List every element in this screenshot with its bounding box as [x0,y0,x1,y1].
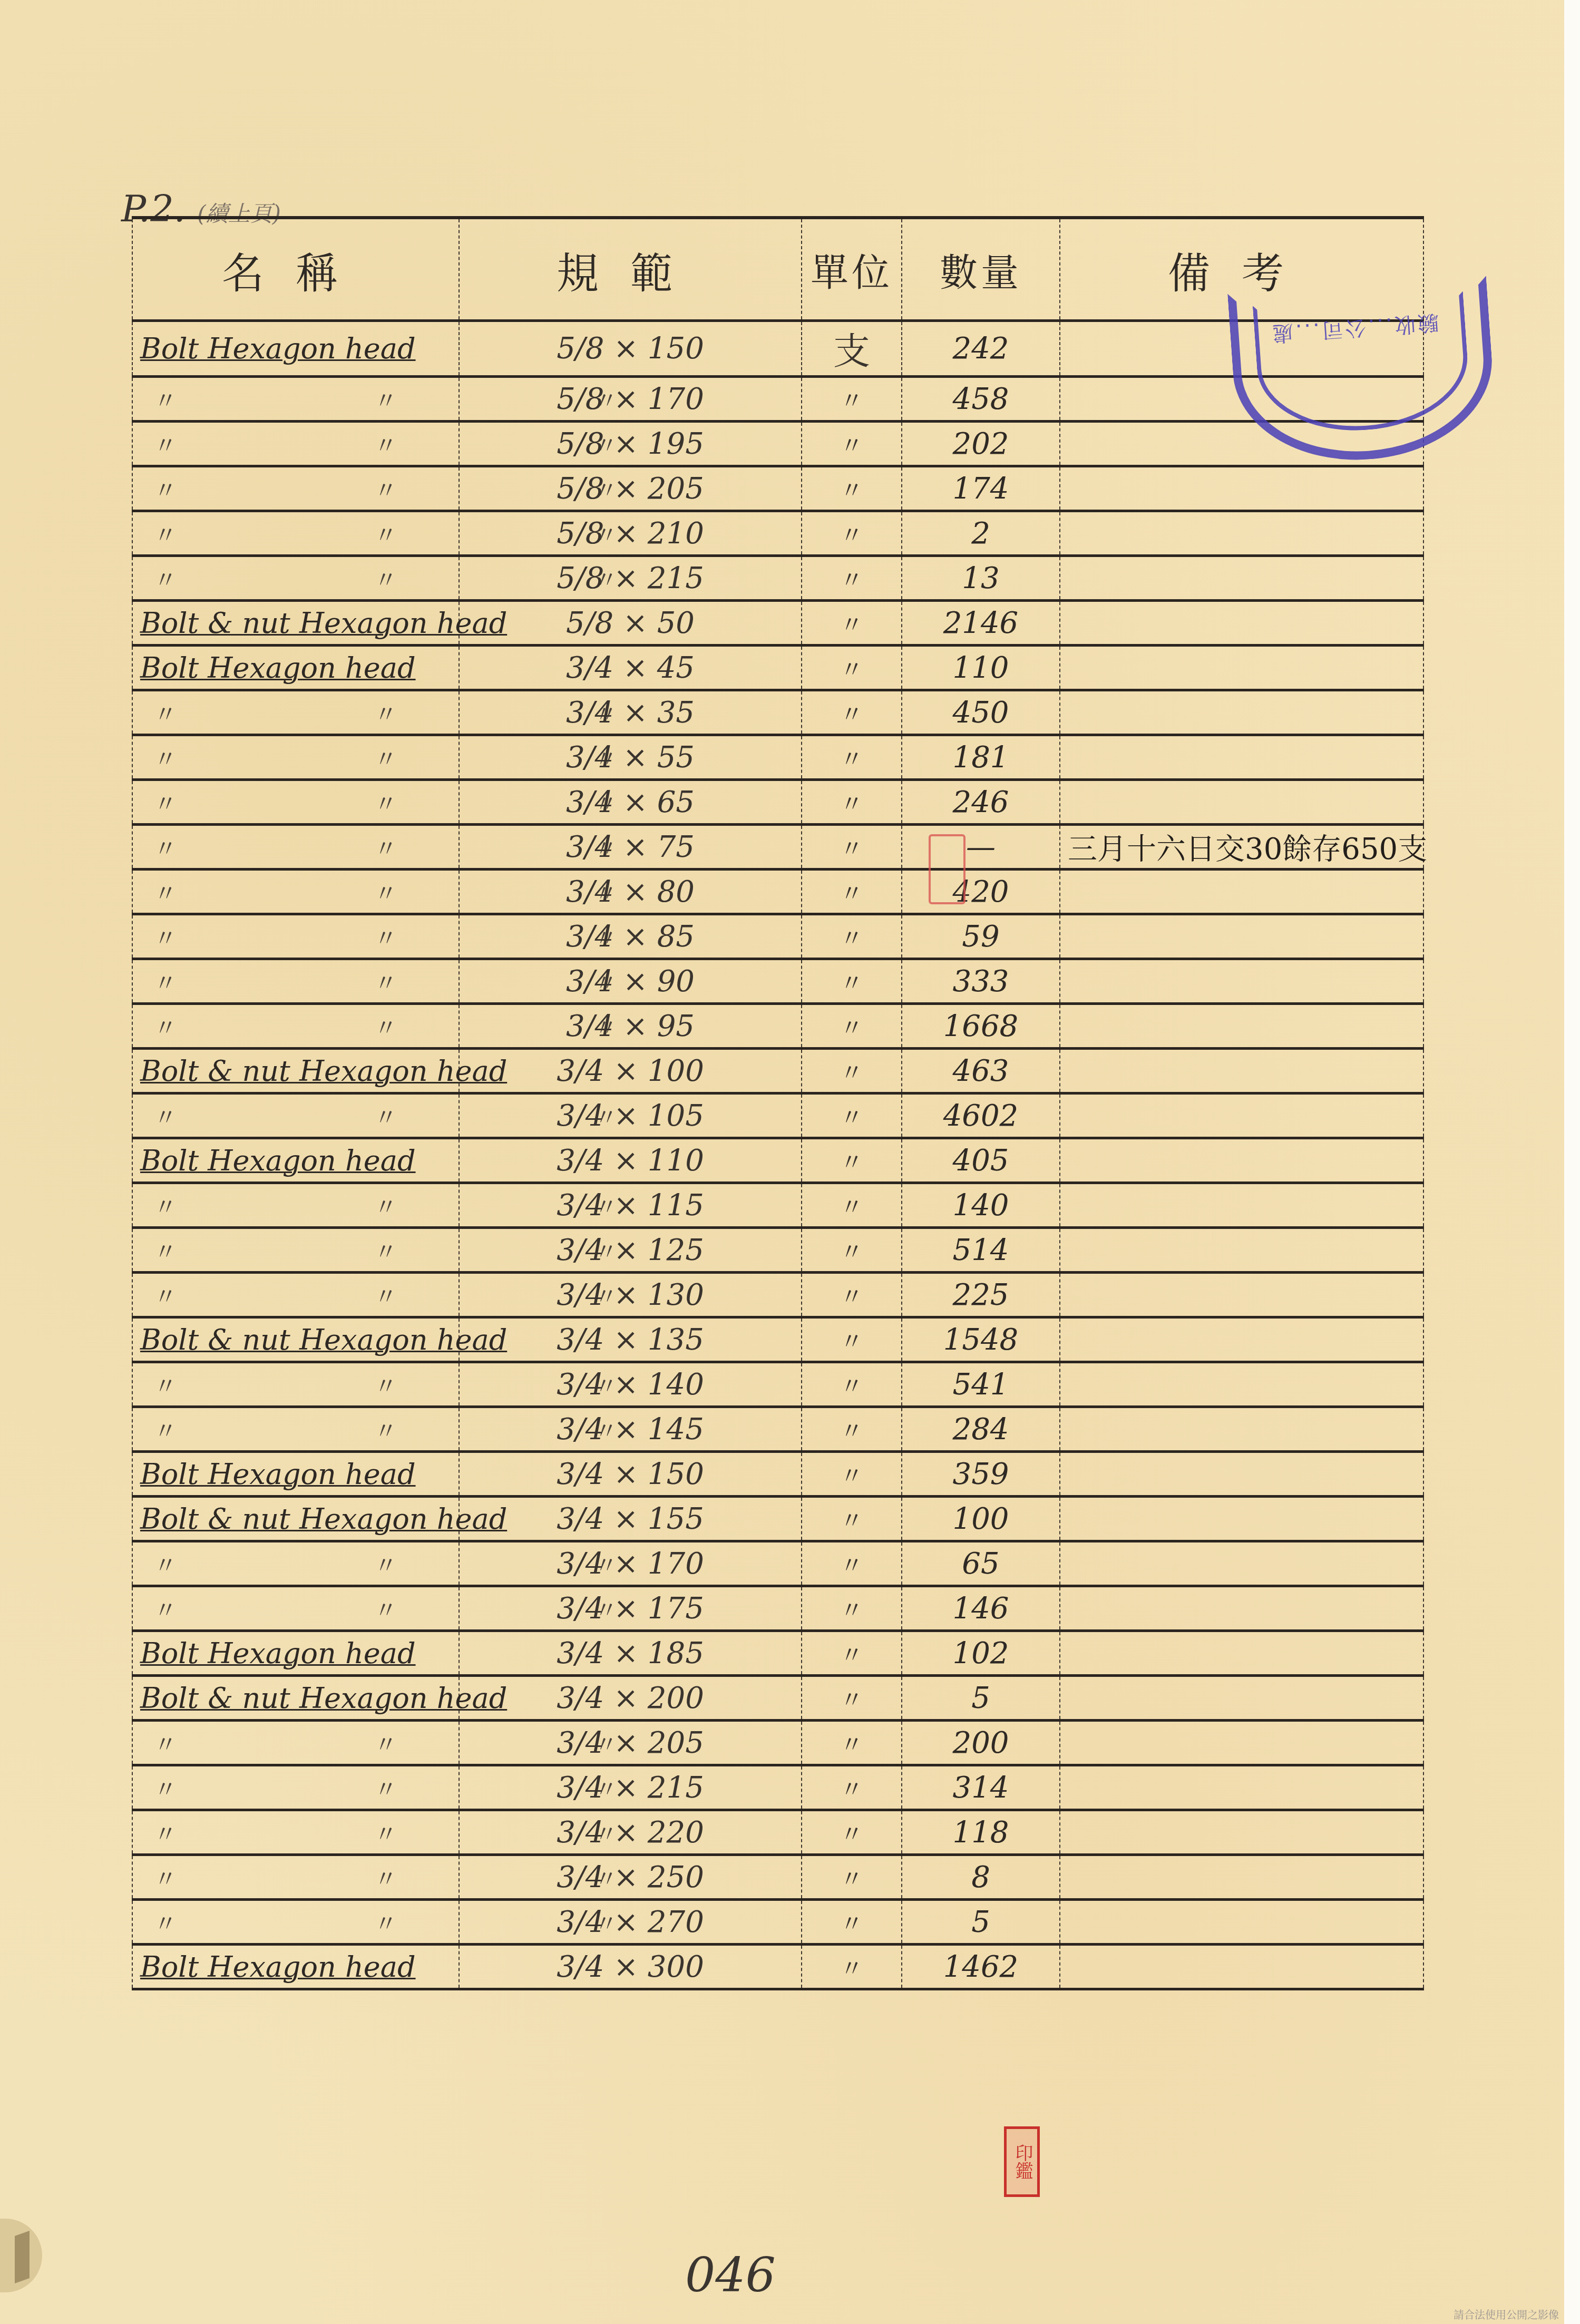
item-remarks [1060,735,1423,780]
item-unit: 〃 [802,825,902,870]
item-unit: 〃 [802,1317,902,1362]
item-quantity: 4602 [902,1093,1060,1138]
table-row: 〃 〃 〃3/4 × 215〃314 [132,1765,1423,1810]
item-remarks [1060,959,1423,1004]
item-quantity: 1668 [902,1004,1060,1049]
item-name: Bolt & nut Hexagon head [132,1497,459,1541]
table-row: 〃 〃 〃5/8 × 205〃174 [132,466,1423,511]
item-remarks [1060,466,1423,511]
item-remarks [1060,1004,1423,1049]
item-spec: 3/4 × 185 [459,1631,802,1676]
item-name: 〃 〃 〃 [132,466,459,511]
inventory-table: 名稱 規範 單位 數量 備考 Bolt Hexagon head5/8 × 15… [132,216,1424,1990]
table-row: Bolt & nut Hexagon head5/8 × 50〃2146 [132,601,1423,646]
item-remarks [1060,780,1423,825]
header-qty: 數量 [902,218,1060,321]
item-name: 〃 〃 〃 [132,1765,459,1810]
item-remarks [1060,1676,1423,1721]
scan-margin [1564,0,1580,2324]
item-remarks: 三月十六日交30餘存650支 [1060,825,1423,870]
table-row: 〃 〃 〃3/4 × 55〃181 [132,735,1423,780]
item-remarks [1060,1631,1423,1676]
table-row: Bolt Hexagon head3/4 × 110〃405 [132,1138,1423,1183]
item-remarks [1060,1183,1423,1228]
item-unit: 〃 [802,1631,902,1676]
item-quantity: 225 [902,1273,1060,1317]
item-name: 〃 〃 〃 [132,825,459,870]
table-row: 〃 〃 〃3/4 × 85〃59 [132,914,1423,959]
table-row: Bolt & nut Hexagon head3/4 × 100〃463 [132,1049,1423,1093]
table-row: 〃 〃 〃3/4 × 205〃200 [132,1721,1423,1765]
table-row: Bolt Hexagon head3/4 × 185〃102 [132,1631,1423,1676]
table-row: 〃 〃 〃5/8 × 170〃458 [132,377,1423,422]
table-row: 〃 〃 〃3/4 × 75〃—三月十六日交30餘存650支 [132,825,1423,870]
item-quantity: 463 [902,1049,1060,1093]
item-name: 〃 〃 〃 [132,1407,459,1452]
table-row: 〃 〃 〃3/4 × 95〃1668 [132,1004,1423,1049]
item-unit: 〃 [802,1765,902,1810]
item-remarks [1060,870,1423,914]
item-unit: 〃 [802,1855,902,1900]
item-name: 〃 〃 〃 [132,556,459,601]
item-quantity: 146 [902,1586,1060,1631]
table-row: 〃 〃 〃3/4 × 250〃8 [132,1855,1423,1900]
table-row: 〃 〃 〃3/4 × 175〃146 [132,1586,1423,1631]
page-number: 046 [685,2248,776,2303]
item-quantity: 202 [902,422,1060,466]
item-quantity: 174 [902,466,1060,511]
item-quantity: 59 [902,914,1060,959]
item-spec: 3/4 × 200 [459,1676,802,1721]
item-spec: 5/8 × 50 [459,601,802,646]
item-unit: 〃 [802,1586,902,1631]
item-remarks [1060,1452,1423,1497]
table-row: Bolt Hexagon head3/4 × 150〃359 [132,1452,1423,1497]
item-name: Bolt & nut Hexagon head [132,1676,459,1721]
item-unit: 〃 [802,870,902,914]
header-spec: 規範 [459,218,802,321]
item-name: 〃 〃 〃 [132,690,459,735]
item-quantity: 246 [902,780,1060,825]
item-remarks [1060,1049,1423,1093]
item-quantity: — [902,825,1060,870]
item-spec: 3/4 × 135 [459,1317,802,1362]
item-spec: 3/4 × 150 [459,1452,802,1497]
red-seal-stamp: 印鑑 [1004,2126,1040,2197]
item-name: 〃 〃 〃 [132,1183,459,1228]
item-name: Bolt Hexagon head [132,321,459,377]
item-remarks [1060,1497,1423,1541]
item-unit: 〃 [802,1810,902,1855]
header-name: 名稱 [132,218,459,321]
item-name: 〃 〃 〃 [132,422,459,466]
item-unit: 〃 [802,735,902,780]
item-unit: 〃 [802,1228,902,1273]
item-quantity: 200 [902,1721,1060,1765]
item-unit: 〃 [802,1362,902,1407]
item-name: Bolt & nut Hexagon head [132,1317,459,1362]
item-quantity: 541 [902,1362,1060,1407]
item-quantity: 181 [902,735,1060,780]
item-remarks [1060,646,1423,690]
item-unit: 〃 [802,511,902,556]
item-unit: 〃 [802,914,902,959]
item-name: 〃 〃 〃 [132,511,459,556]
item-remarks [1060,690,1423,735]
item-name: 〃 〃 〃 [132,1900,459,1945]
item-name: Bolt Hexagon head [132,1138,459,1183]
item-name: 〃 〃 〃 [132,1541,459,1586]
item-quantity: 5 [902,1676,1060,1721]
item-unit: 〃 [802,1273,902,1317]
item-remarks [1060,601,1423,646]
item-quantity: 284 [902,1407,1060,1452]
table-row: 〃 〃 〃3/4 × 220〃118 [132,1810,1423,1855]
table-row: 〃 〃 〃5/8 × 195〃202 [132,422,1423,466]
item-quantity: 65 [902,1541,1060,1586]
item-name: Bolt & nut Hexagon head [132,1049,459,1093]
red-seal-text: 印鑑 [1012,2144,1033,2180]
item-quantity: 359 [902,1452,1060,1497]
item-unit: 〃 [802,1945,902,1989]
table-row: 〃 〃 〃3/4 × 125〃514 [132,1228,1423,1273]
item-unit: 〃 [802,780,902,825]
item-spec: 3/4 × 100 [459,1049,802,1093]
item-unit: 〃 [802,1004,902,1049]
item-remarks [1060,1273,1423,1317]
item-name: 〃 〃 〃 [132,914,459,959]
item-unit: 〃 [802,1407,902,1452]
item-unit: 〃 [802,959,902,1004]
item-spec: 5/8 × 150 [459,321,802,377]
item-unit: 〃 [802,1452,902,1497]
item-name: 〃 〃 〃 [132,735,459,780]
item-unit: 〃 [802,377,902,422]
item-quantity: 102 [902,1631,1060,1676]
item-name: 〃 〃 〃 [132,1004,459,1049]
item-name: 〃 〃 〃 [132,1855,459,1900]
item-quantity: 1548 [902,1317,1060,1362]
item-quantity: 5 [902,1900,1060,1945]
item-quantity: 420 [902,870,1060,914]
table-row: Bolt Hexagon head3/4 × 45〃110 [132,646,1423,690]
item-unit: 〃 [802,422,902,466]
item-remarks [1060,1945,1423,1989]
item-quantity: 13 [902,556,1060,601]
table-row: 〃 〃 〃3/4 × 115〃140 [132,1183,1423,1228]
table-row: Bolt & nut Hexagon head3/4 × 200〃5 [132,1676,1423,1721]
table-row: 〃 〃 〃3/4 × 35〃450 [132,690,1423,735]
item-unit: 〃 [802,466,902,511]
item-unit: 〃 [802,646,902,690]
item-quantity: 140 [902,1183,1060,1228]
item-remarks [1060,914,1423,959]
item-quantity: 1462 [902,1945,1060,1989]
item-name: Bolt Hexagon head [132,646,459,690]
item-name: Bolt Hexagon head [132,1452,459,1497]
table-row: 〃 〃 〃3/4 × 140〃541 [132,1362,1423,1407]
item-unit: 支 [802,321,902,377]
item-quantity: 100 [902,1497,1060,1541]
item-unit: 〃 [802,1900,902,1945]
item-remarks [1060,1317,1423,1362]
table-body: Bolt Hexagon head5/8 × 150支242〃 〃 〃5/8 ×… [132,321,1423,1989]
table-row: 〃 〃 〃3/4 × 130〃225 [132,1273,1423,1317]
item-name: 〃 〃 〃 [132,1273,459,1317]
item-quantity: 2 [902,511,1060,556]
item-remarks [1060,1855,1423,1900]
item-remarks [1060,1765,1423,1810]
item-remarks [1060,1093,1423,1138]
item-name: 〃 〃 〃 [132,1810,459,1855]
item-name: 〃 〃 〃 [132,1721,459,1765]
item-name: Bolt & nut Hexagon head [132,601,459,646]
item-quantity: 314 [902,1765,1060,1810]
red-correction-seal [929,834,965,904]
item-spec: 3/4 × 300 [459,1945,802,1989]
item-name: 〃 〃 〃 [132,377,459,422]
item-quantity: 458 [902,377,1060,422]
item-name: 〃 〃 〃 [132,1228,459,1273]
item-quantity: 242 [902,321,1060,377]
header-unit: 單位 [802,218,902,321]
item-unit: 〃 [802,1541,902,1586]
item-remarks [1060,1900,1423,1945]
item-remarks [1060,1586,1423,1631]
usage-watermark: 請合法使用公開之影像 [1454,2307,1559,2322]
table-row: 〃 〃 〃3/4 × 65〃246 [132,780,1423,825]
table-row: 〃 〃 〃5/8 × 210〃2 [132,511,1423,556]
item-name: 〃 〃 〃 [132,1362,459,1407]
item-remarks [1060,556,1423,601]
item-name: 〃 〃 〃 [132,959,459,1004]
item-remarks [1060,1138,1423,1183]
item-name: 〃 〃 〃 [132,870,459,914]
item-remarks [1060,1228,1423,1273]
item-name: 〃 〃 〃 [132,1586,459,1631]
item-quantity: 118 [902,1810,1060,1855]
table-row: 〃 〃 〃3/4 × 270〃5 [132,1900,1423,1945]
item-remarks [1060,1810,1423,1855]
item-name: 〃 〃 〃 [132,1093,459,1138]
item-name: Bolt Hexagon head [132,1945,459,1989]
item-spec: 3/4 × 155 [459,1497,802,1541]
table-row: Bolt Hexagon head3/4 × 300〃1462 [132,1945,1423,1989]
item-unit: 〃 [802,556,902,601]
item-quantity: 333 [902,959,1060,1004]
item-unit: 〃 [802,1721,902,1765]
item-quantity: 405 [902,1138,1060,1183]
item-spec: 3/4 × 110 [459,1138,802,1183]
item-unit: 〃 [802,690,902,735]
item-unit: 〃 [802,1676,902,1721]
table-row: 〃 〃 〃3/4 × 105〃4602 [132,1093,1423,1138]
item-spec: 3/4 × 45 [459,646,802,690]
item-name: Bolt Hexagon head [132,1631,459,1676]
item-quantity: 2146 [902,601,1060,646]
item-quantity: 514 [902,1228,1060,1273]
item-quantity: 110 [902,646,1060,690]
table-row: 〃 〃 〃5/8 × 215〃13 [132,556,1423,601]
archive-logo-icon [0,2219,42,2292]
table-row: 〃 〃 〃3/4 × 145〃284 [132,1407,1423,1452]
item-remarks [1060,1541,1423,1586]
item-unit: 〃 [802,1183,902,1228]
table-row: 〃 〃 〃3/4 × 80〃420 [132,870,1423,914]
item-unit: 〃 [802,601,902,646]
table-row: Bolt & nut Hexagon head3/4 × 135〃1548 [132,1317,1423,1362]
item-remarks [1060,511,1423,556]
table-row: 〃 〃 〃3/4 × 170〃65 [132,1541,1423,1586]
table-row: 〃 〃 〃3/4 × 90〃333 [132,959,1423,1004]
item-remarks [1060,1362,1423,1407]
item-remarks [1060,1407,1423,1452]
item-quantity: 450 [902,690,1060,735]
table-row: Bolt & nut Hexagon head3/4 × 155〃100 [132,1497,1423,1541]
item-quantity: 8 [902,1855,1060,1900]
item-unit: 〃 [802,1138,902,1183]
item-unit: 〃 [802,1093,902,1138]
item-remarks [1060,1721,1423,1765]
item-name: 〃 〃 〃 [132,780,459,825]
item-unit: 〃 [802,1049,902,1093]
item-unit: 〃 [802,1497,902,1541]
